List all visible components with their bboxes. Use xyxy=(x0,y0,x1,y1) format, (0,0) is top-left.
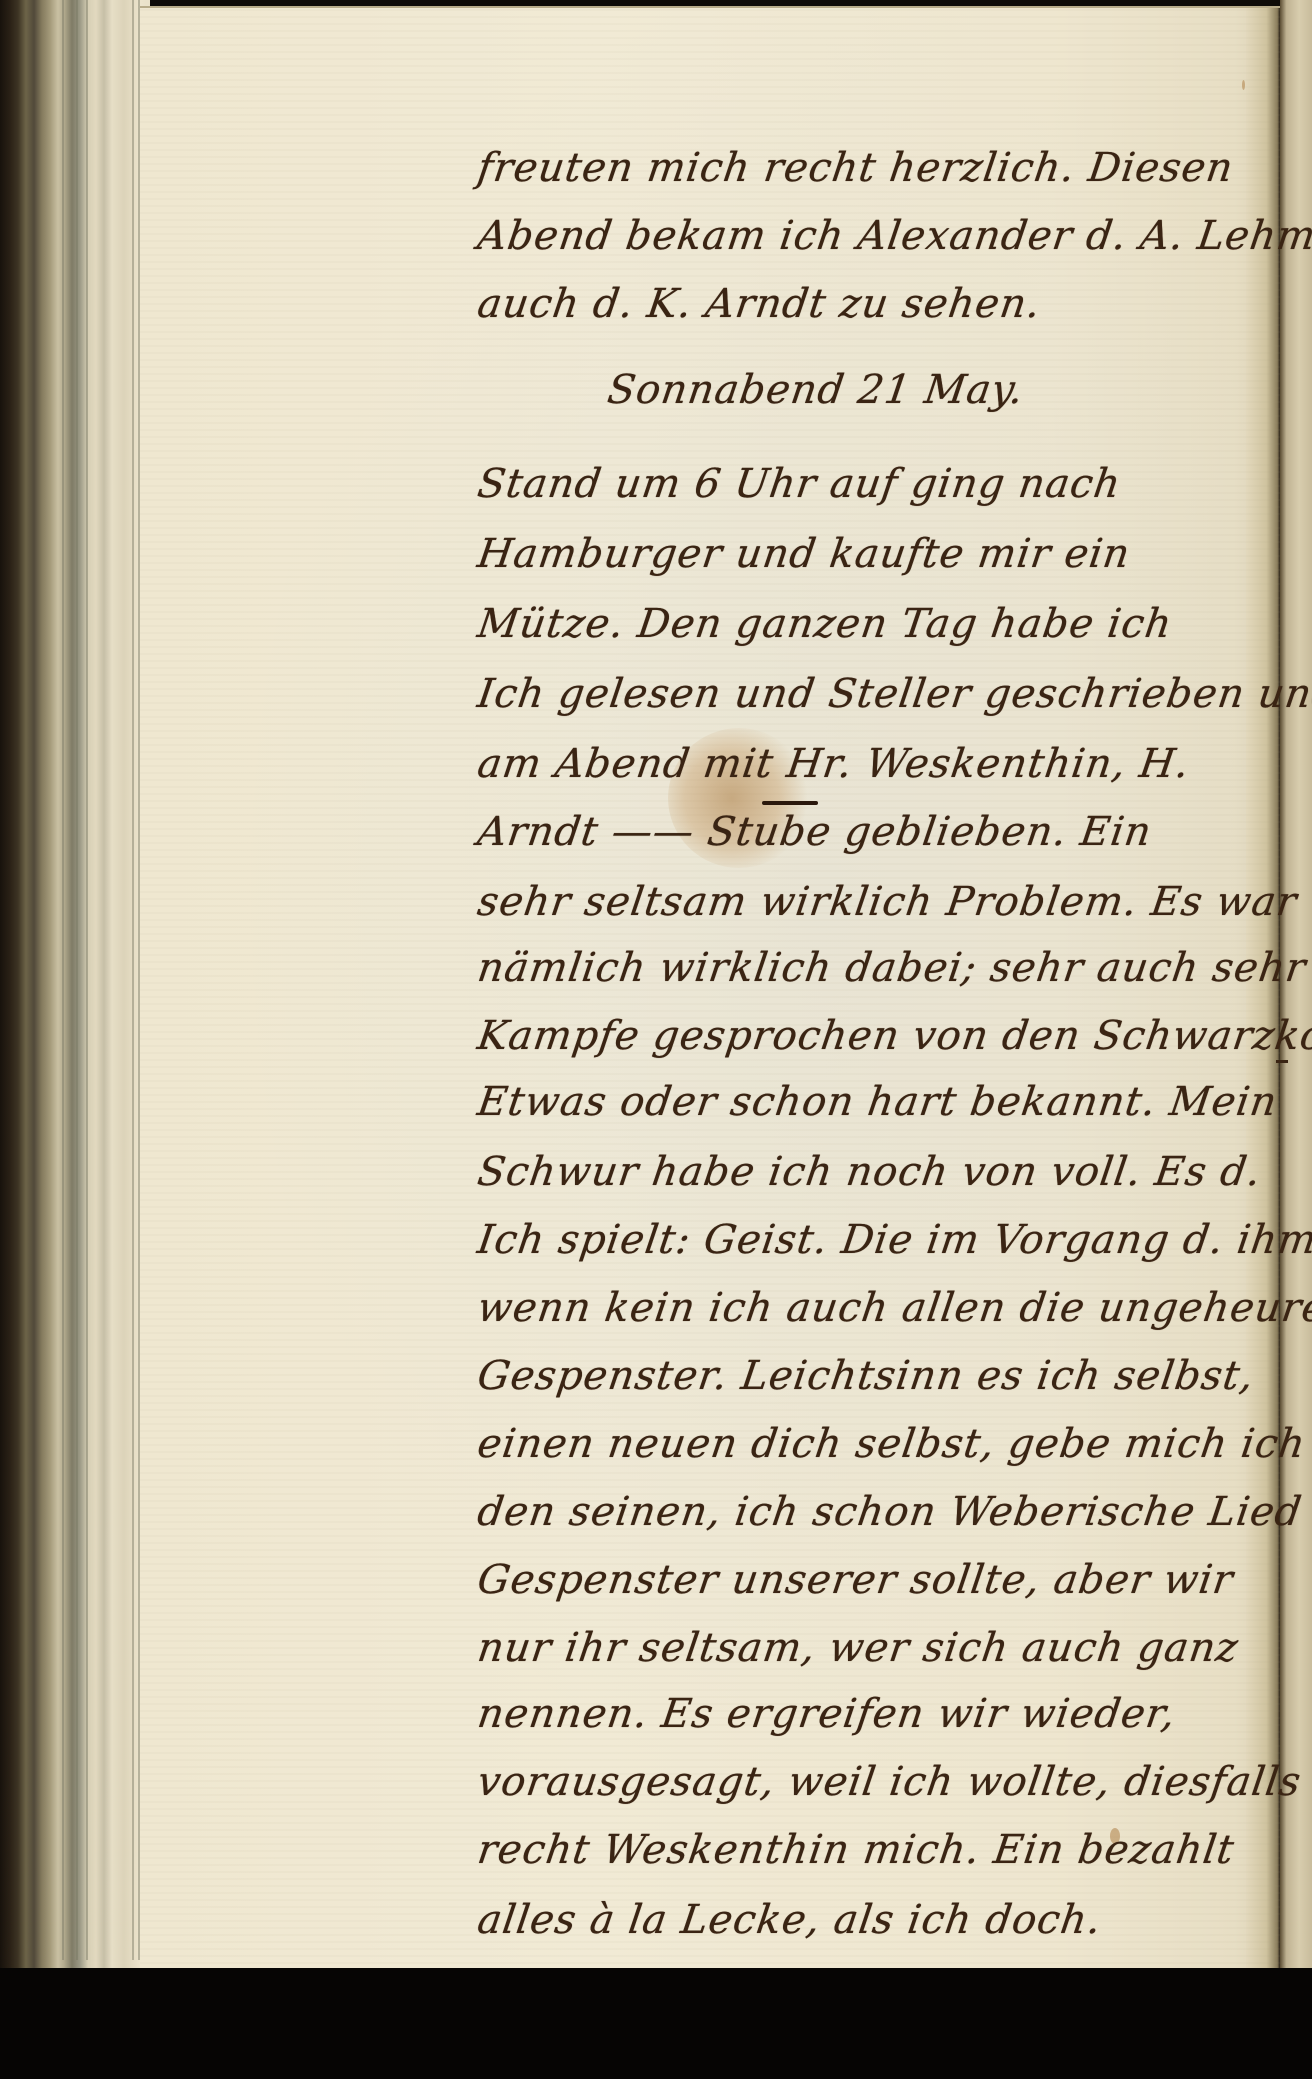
manuscript-line: nämlich wirklich dabei; sehr auch sehr xyxy=(475,945,1309,991)
date-heading: Sonnabend 21 May. xyxy=(605,367,1027,413)
manuscript-line: am Abend mit Hr. Weskenthin, H. xyxy=(475,741,1193,787)
manuscript-line: Stand um 6 Uhr auf ging nach xyxy=(475,461,1124,507)
manuscript-line: Hamburger und kaufte mir ein xyxy=(475,531,1133,577)
manuscript-line: Gespenster unserer sollte, aber wir xyxy=(475,1557,1237,1603)
manuscript-line: den seinen, ich schon Weberische Lied xyxy=(475,1489,1305,1535)
manuscript-line: nennen. Es ergreifen wir wieder, xyxy=(475,1691,1179,1737)
manuscript-line: Gespenster. Leichtsinn es ich selbst, xyxy=(475,1353,1257,1399)
book-page-edges xyxy=(0,0,150,1975)
foxing-spot xyxy=(1242,80,1245,90)
manuscript-line: Etwas oder schon hart bekannt. Mein xyxy=(475,1079,1281,1125)
manuscript-line: Kampfe gesprochen von den Schwarzkopfs. xyxy=(475,1013,1312,1059)
manuscript-line: wenn kein ich auch allen die ungeheure xyxy=(475,1285,1312,1331)
manuscript-line: Abend bekam ich Alexander d. A. Lehmann xyxy=(475,213,1312,259)
manuscript-line: sehr seltsam wirklich Problem. Es war xyxy=(475,879,1300,925)
manuscript-line: Schwur habe ich noch von voll. Es d. xyxy=(475,1149,1264,1195)
manuscript-line: Arndt —— Stube geblieben. Ein xyxy=(475,809,1155,855)
manuscript-line: freuten mich recht herzlich. Diesen xyxy=(475,145,1237,191)
manuscript-line: auch d. K. Arndt zu sehen. xyxy=(475,281,1044,327)
manuscript-line: nur ihr seltsam, wer sich auch ganz xyxy=(475,1625,1242,1671)
manuscript-line: Ich gelesen und Steller geschrieben und xyxy=(475,671,1312,717)
manuscript-line: Mütze. Den ganzen Tag habe ich xyxy=(475,601,1175,647)
manuscript-line: Ich spielt: Geist. Die im Vorgang d. ihm… xyxy=(475,1217,1312,1263)
manuscript-line: recht Weskenthin mich. Ein bezahlt xyxy=(475,1827,1238,1873)
scanned-book-page: freuten mich recht herzlich. Diesen Aben… xyxy=(0,0,1312,2079)
manuscript-line: alles à la Lecke, als ich doch. xyxy=(475,1897,1105,1943)
margin-tick-mark xyxy=(1276,1060,1288,1063)
ink-dash xyxy=(762,801,818,805)
manuscript-line: einen neuen dich selbst, gebe mich ich d… xyxy=(475,1421,1312,1467)
scan-background xyxy=(0,1968,1312,2079)
manuscript-line: vorausgesagt, weil ich wollte, diesfalls xyxy=(475,1759,1304,1805)
